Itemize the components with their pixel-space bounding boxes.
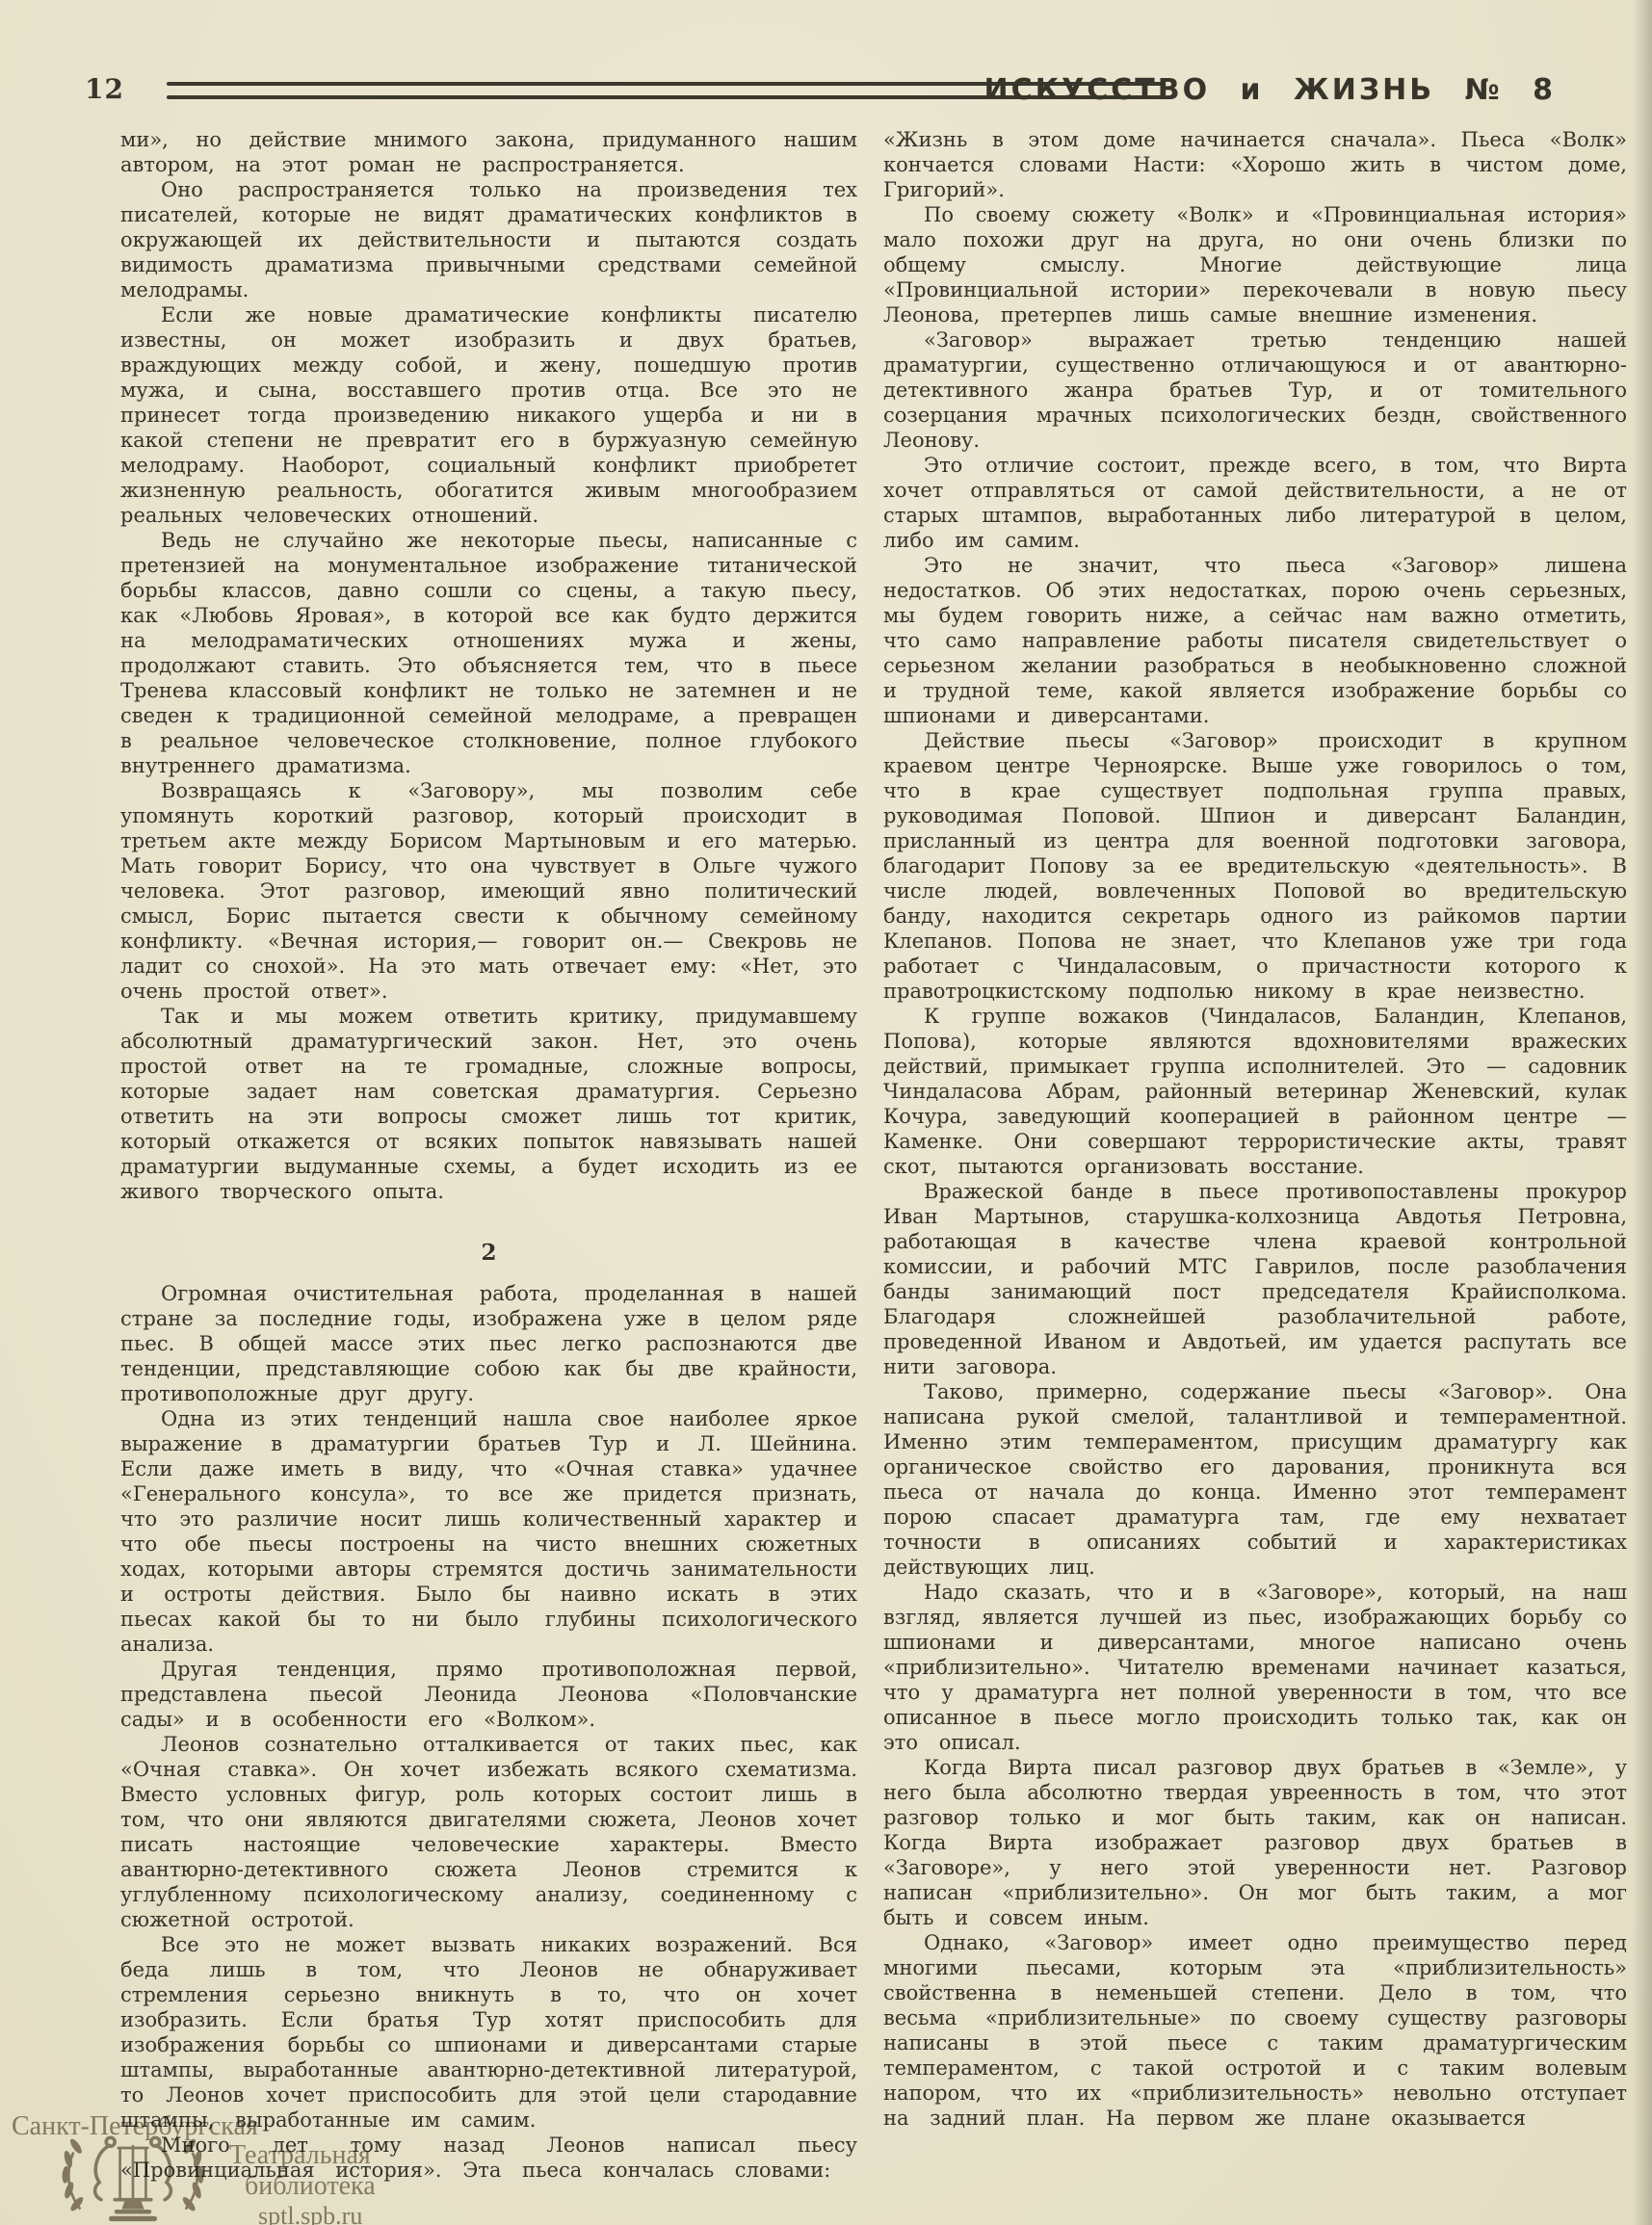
paragraph: Однако, «Заговор» имеет одно преимуществ… bbox=[883, 1930, 1627, 2131]
magazine-page: 12 ИСКУССТВО и ЖИЗНЬ № 8 ми», но действи… bbox=[0, 0, 1652, 2225]
paragraph: Действие пьесы «Заговор» происходит в кр… bbox=[883, 728, 1627, 1004]
paragraph: По своему сюжету «Волк» и «Провинциальна… bbox=[883, 202, 1627, 327]
library-watermark: Санкт-Петербургская bbox=[0, 2106, 462, 2225]
watermark-url: sptl.spb.ru bbox=[258, 2202, 362, 2225]
paragraph: «Заговор» выражает третью тенденцию наше… bbox=[883, 327, 1627, 453]
right-column: «Жизнь в этом доме начинается сначала». … bbox=[883, 127, 1627, 2131]
paragraph: Когда Вирта писал разговор двух братьев … bbox=[883, 1755, 1627, 1930]
watermark-org-line2: библиотека bbox=[245, 2171, 376, 2202]
paragraph: Таково, примерно, содержание пьесы «Заго… bbox=[883, 1379, 1627, 1580]
paragraph: Огромная очистительная работа, проделанн… bbox=[120, 1281, 857, 1406]
lyre-logo bbox=[42, 2131, 223, 2223]
paragraph: Леонов сознательно отталкивается от таки… bbox=[120, 1732, 857, 1932]
right-column-paragraphs: «Жизнь в этом доме начинается сначала». … bbox=[883, 127, 1627, 2131]
page-number: 12 bbox=[85, 73, 124, 105]
paragraph: Если же новые драматические конфликты пи… bbox=[120, 302, 857, 528]
paragraph: Возвращаясь к «Заговору», мы позволим се… bbox=[120, 778, 857, 1004]
left-column-top-paragraphs: ми», но действие мнимого закона, придума… bbox=[120, 127, 857, 1204]
paragraph: ми», но действие мнимого закона, придума… bbox=[120, 127, 857, 177]
left-column-bottom-paragraphs: Огромная очистительная работа, проделанн… bbox=[120, 1281, 857, 2183]
paragraph: К группе вожаков (Чиндаласов, Баландин, … bbox=[883, 1004, 1627, 1179]
paragraph: «Жизнь в этом доме начинается сначала». … bbox=[883, 127, 1627, 202]
paragraph: Так и мы можем ответить критику, придума… bbox=[120, 1004, 857, 1204]
paragraph: Оно распространяется только на произведе… bbox=[120, 177, 857, 302]
paragraph: Надо сказать, что и в «Заговоре», которы… bbox=[883, 1580, 1627, 1755]
paragraph: Одна из этих тенденций нашла свое наибол… bbox=[120, 1406, 857, 1657]
paragraph: Другая тенденция, прямо противоположная … bbox=[120, 1657, 857, 1732]
paragraph: Это не значит, что пьеса «Заговор» лишен… bbox=[883, 553, 1627, 728]
left-column: ми», но действие мнимого закона, придума… bbox=[120, 127, 857, 2183]
magazine-title: ИСКУССТВО и ЖИЗНЬ № 8 bbox=[983, 73, 1556, 107]
paragraph: Ведь не случайно же некоторые пьесы, нап… bbox=[120, 528, 857, 778]
paragraph: Все это не может вызвать никаких возраже… bbox=[120, 1932, 857, 2133]
section-number: 2 bbox=[120, 1241, 857, 1266]
watermark-org-line1: Театральная bbox=[229, 2140, 371, 2171]
paragraph: Это отличие состоит, прежде всего, в том… bbox=[883, 453, 1627, 553]
paragraph: Вражеской банде в пьесе противопоставлен… bbox=[883, 1179, 1627, 1379]
scan-edge-shadow bbox=[1633, 0, 1652, 2225]
